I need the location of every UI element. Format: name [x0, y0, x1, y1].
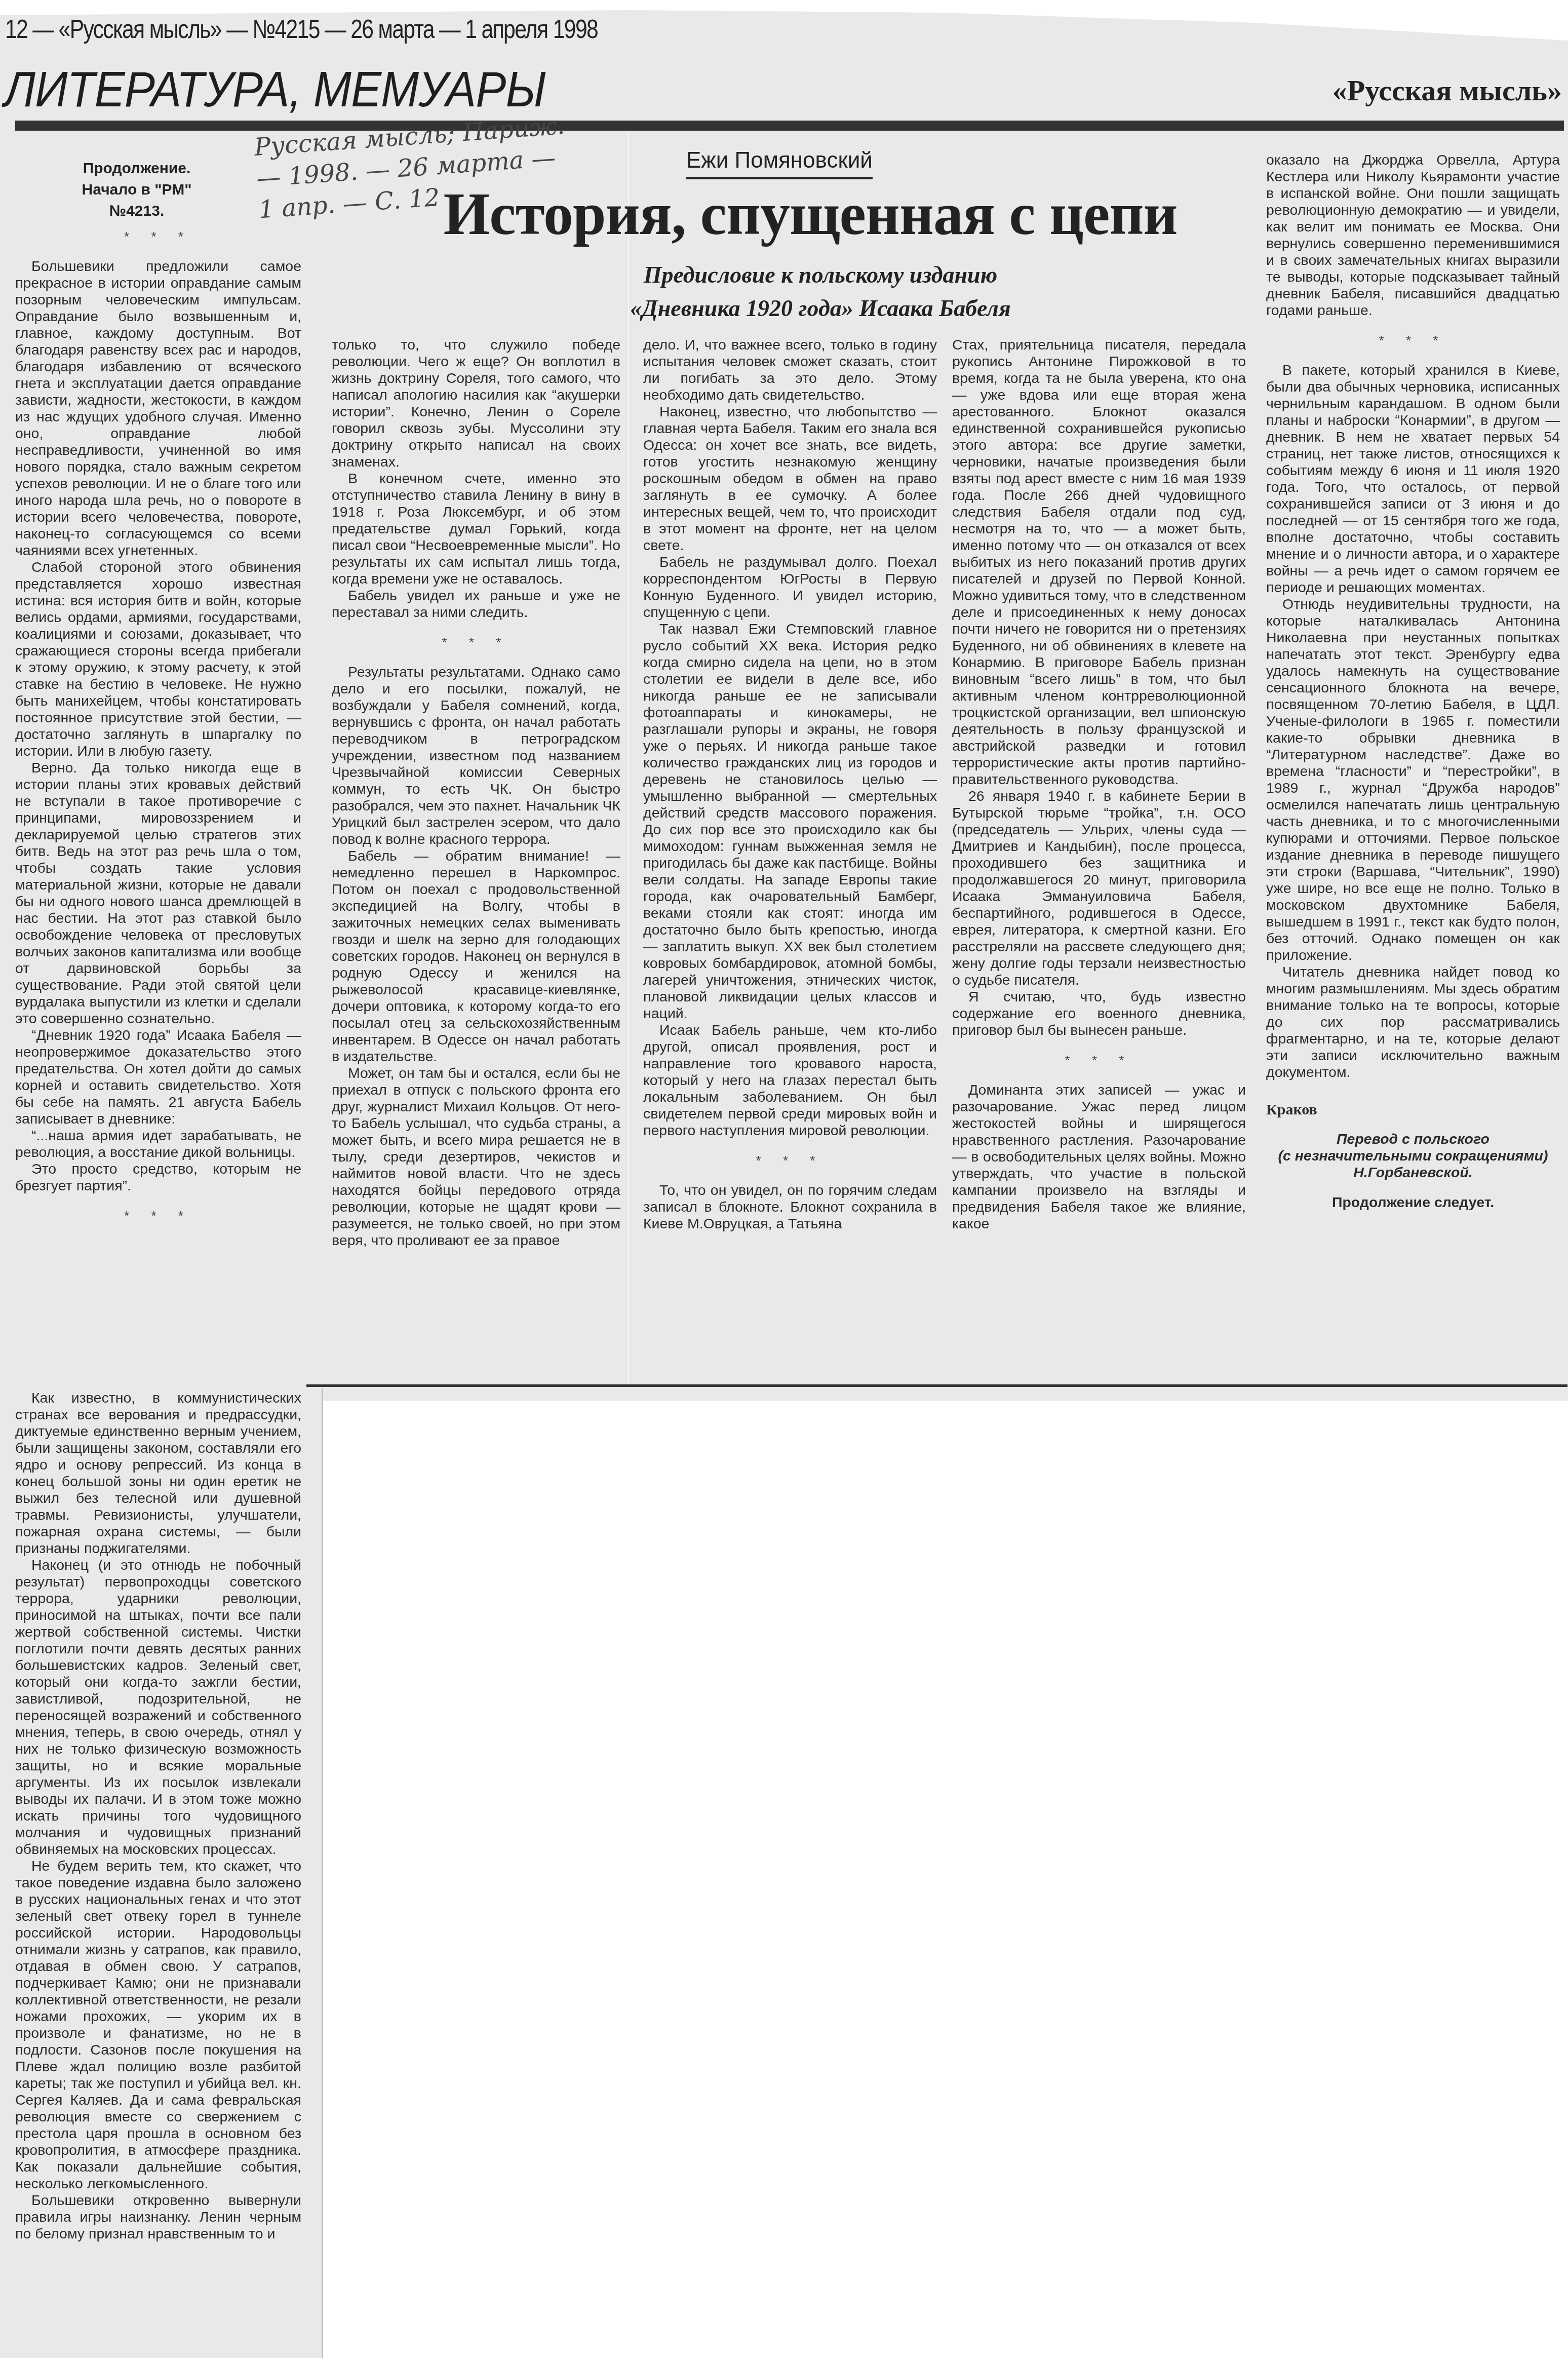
paragraph: Бабель увидел их раньше и уже не переста…: [332, 588, 620, 621]
column-2: только то, что служило победе революции.…: [332, 337, 620, 1249]
paragraph: Бабель не раздумывал долго. Поехал корре…: [643, 554, 937, 621]
continuation-note: Продолжение. Начало в "РМ" №4213.: [56, 158, 218, 222]
byline: Ежи Помяновский: [686, 148, 873, 179]
column-1: * * * Большевики предложили самое прекра…: [15, 215, 301, 1238]
subhead-line-2: «Дневника 1920 года» Исаака Бабеля: [496, 292, 1145, 325]
translator-line-3: Н.Горбаневской.: [1353, 1165, 1473, 1181]
translator-line-2: (с незначительными сокращениями): [1278, 1148, 1548, 1164]
diary-quote: Это просто средство, которым не брезгует…: [15, 1161, 301, 1194]
paragraph: Доминанта этих записей — ужас и разочаро…: [952, 1082, 1246, 1232]
paragraph: Может, он там бы и остался, если бы не п…: [332, 1065, 620, 1249]
to-be-continued: Продолжение следует.: [1266, 1194, 1560, 1211]
page-folio: 12 — «Русская мысль» — №4215 — 26 марта …: [5, 14, 598, 45]
paragraph: То, что он увидел, он по горячим следам …: [643, 1182, 937, 1232]
column-5: оказало на Джорджа Орвелла, Артура Кестл…: [1266, 152, 1560, 1211]
translator-line-1: Перевод с польского: [1337, 1131, 1489, 1147]
section-divider: * * *: [1266, 332, 1560, 349]
section-rubric: ЛИТЕРАТУРА, МЕМУАРЫ: [4, 61, 545, 118]
section-divider: * * *: [332, 634, 620, 651]
signoff-city: Краков: [1266, 1101, 1560, 1118]
paragraph: оказало на Джорджа Орвелла, Артура Кестл…: [1266, 152, 1560, 319]
paragraph: Наконец (и это отнюдь не побочный резуль…: [15, 1557, 301, 1858]
headline: История, спущенная с цепи: [349, 180, 1271, 249]
paragraph: Слабой стороной этого обвинения представ…: [15, 559, 301, 760]
translator-credit: Перевод с польского (с незначительными с…: [1266, 1131, 1560, 1181]
paragraph: Результаты результатами. Однако само дел…: [332, 664, 620, 848]
subheadline: Предисловие к польскому изданию «Дневник…: [496, 258, 1145, 325]
paragraph: В пакете, который хранился в Киеве, были…: [1266, 362, 1560, 596]
paragraph: Читатель дневника найдет повод ко многим…: [1266, 964, 1560, 1081]
paragraph: Так назвал Ежи Стемповский главное русло…: [643, 621, 937, 1022]
header-rule: [15, 121, 1564, 131]
paragraph: Не будем верить тем, кто скажет, что так…: [15, 1858, 301, 2192]
paragraph: дело. И, что важнее всего, только в годи…: [643, 337, 937, 404]
paragraph: только то, что служило победе революции.…: [332, 337, 620, 471]
column-3: дело. И, что важнее всего, только в годи…: [643, 337, 937, 1232]
section-divider: * * *: [952, 1052, 1246, 1069]
paragraph: Большевики откровенно вывернули правила …: [15, 2192, 301, 2243]
paragraph: Бабель — обратим внимание! — немедленно …: [332, 848, 620, 1065]
section-divider: * * *: [15, 1208, 301, 1224]
paragraph: Наконец, известно, что любопытство — гла…: [643, 404, 937, 554]
masthead: «Русская мысль»: [1332, 73, 1562, 107]
paragraph: 26 января 1940 г. в кабинете Берии в Бут…: [952, 788, 1246, 989]
subhead-line-1: Предисловие к польскому изданию: [496, 258, 1145, 292]
section-divider: * * *: [15, 228, 301, 245]
bottom-rule: [306, 1384, 1567, 1387]
paragraph: Я считаю, что, будь известно содержание …: [952, 989, 1246, 1039]
paragraph: Как известно, в коммунистических странах…: [15, 1390, 301, 1557]
column-1-continuation: Как известно, в коммунистических странах…: [15, 1390, 301, 2243]
section-divider: * * *: [643, 1152, 937, 1169]
paragraph: Отнюдь неудивительны трудности, на котор…: [1266, 596, 1560, 964]
paragraph: Стах, приятельница писателя, передала ру…: [952, 337, 1246, 788]
paragraph: Большевики предложили самое прекрасное в…: [15, 258, 301, 559]
paragraph: В конечном счете, именно это отступничес…: [332, 471, 620, 588]
paragraph: Исаак Бабель раньше, чем кто-либо другой…: [643, 1022, 937, 1139]
column-4: Стах, приятельница писателя, передала ру…: [952, 337, 1246, 1232]
paragraph: “Дневник 1920 года” Исаака Бабеля — неоп…: [15, 1027, 301, 1128]
paragraph: Верно. Да только никогда еще в истории п…: [15, 760, 301, 1027]
diary-quote: “...наша армия идет зарабатывать, не рев…: [15, 1128, 301, 1161]
